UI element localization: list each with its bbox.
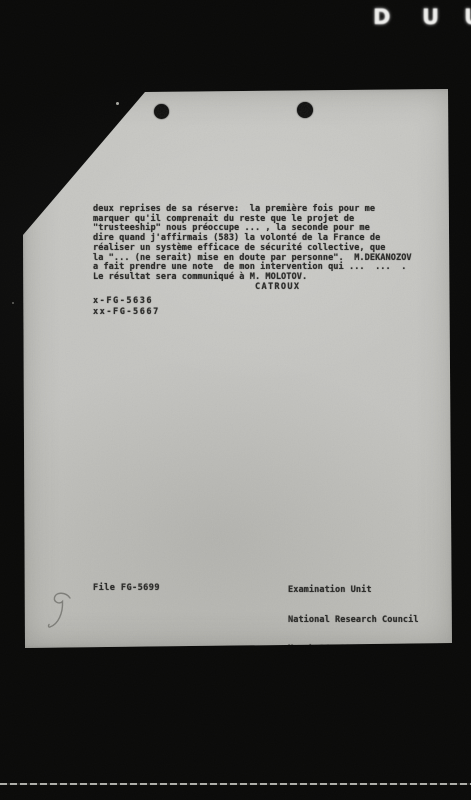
file-number: File FG-5699: [93, 584, 160, 594]
film-frame-divider: [0, 783, 471, 785]
film-edge-mark-icon: U: [464, 7, 471, 28]
handwritten-annotation-c: [45, 591, 79, 633]
punch-hole: [297, 102, 313, 118]
stamp-date: March 14, 1945: [288, 645, 419, 655]
dust-speck: [12, 302, 14, 304]
microfilm-scan-frame: D U U deux reprises de sa réserve: la pr…: [0, 0, 471, 800]
film-edge-mark-icon: U: [422, 7, 439, 28]
stamp-agency-org: National Research Council: [288, 616, 419, 626]
paper-grain-texture: [23, 89, 453, 648]
reference-number: x-FG-5636: [93, 297, 153, 307]
dust-speck: [116, 102, 119, 105]
agency-date-stamp: Examination Unit National Research Counc…: [288, 567, 419, 674]
document-page: deux reprises de sa réserve: la première…: [23, 89, 453, 648]
signature-name: CATROUX: [255, 283, 300, 293]
document-body-text: deux reprises de sa réserve: la première…: [93, 205, 412, 283]
stamp-agency-unit: Examination Unit: [288, 586, 419, 596]
punch-hole: [154, 104, 169, 119]
film-edge-mark-icon: D: [373, 7, 390, 28]
reference-number: xx-FG-5667: [93, 308, 160, 318]
